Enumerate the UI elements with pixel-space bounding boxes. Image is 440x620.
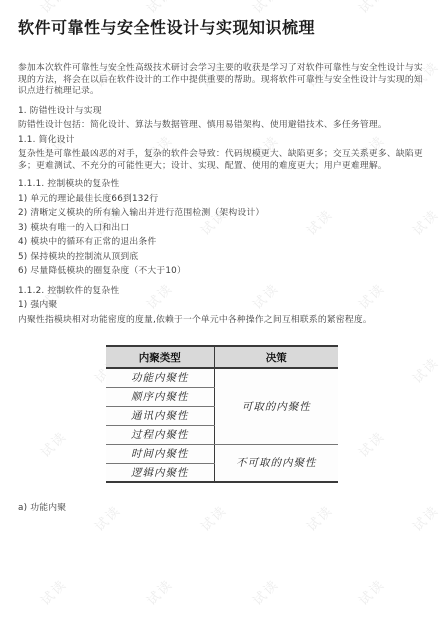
trial-read-watermark: 试读 bbox=[354, 0, 389, 17]
paragraph-functional-cohesion: a) 功能内聚 bbox=[18, 503, 425, 515]
trial-read-watermark: 试读 bbox=[36, 574, 71, 609]
paragraph-error-prevention-scope: 防错性设计包括：简化设计、算法与数据管理、慎用易错架构、使用避错技术、多任务管理… bbox=[18, 120, 425, 132]
module-rule-item: 2) 清晰定义模块的所有输入输出并进行范围检测（架构设计） bbox=[18, 208, 425, 220]
heading-simplified-design: 1.1. 简化设计 bbox=[18, 135, 425, 147]
cohesion-type-cell: 顺序内聚性 bbox=[106, 387, 215, 406]
heading-error-prevention: 1. 防错性设计与实现 bbox=[18, 106, 425, 118]
trial-read-watermark: 试读 bbox=[142, 0, 177, 17]
table-header-row: 内聚类型 决策 bbox=[106, 346, 338, 368]
trial-read-watermark: 试读 bbox=[36, 0, 71, 17]
heading-software-complexity: 1.1.2. 控制软件的复杂性 bbox=[18, 286, 425, 298]
cohesion-type-cell: 功能内聚性 bbox=[106, 368, 215, 387]
module-rule-item: 3) 模块有唯一的入口和出口 bbox=[18, 223, 425, 235]
trial-read-watermark: 试读 bbox=[248, 0, 283, 17]
table-header-cohesion-type: 内聚类型 bbox=[106, 346, 215, 368]
trial-read-watermark: 试读 bbox=[142, 574, 177, 609]
module-rules-list: 1) 单元的理论最佳长度66到132行2) 清晰定义模块的所有输入输出并进行范围… bbox=[18, 194, 425, 278]
module-rule-item: 6) 尽量降低模块的圈复杂度（不大于10） bbox=[18, 266, 425, 278]
trial-read-watermark: 试读 bbox=[248, 574, 283, 609]
heading-module-complexity: 1.1.1. 控制模块的复杂性 bbox=[18, 179, 425, 191]
trial-read-watermark: 试读 bbox=[354, 574, 389, 609]
table-row: 功能内聚性可取的内聚性 bbox=[106, 368, 338, 387]
decision-cell: 可取的内聚性 bbox=[215, 368, 338, 444]
module-rule-item: 4) 模块中的循环有正常的退出条件 bbox=[18, 237, 425, 249]
document-page: 软件可靠性与安全性设计与实现知识梳理 参加本次软件可靠性与安全性高级技术研讨会学… bbox=[0, 18, 440, 515]
cohesion-type-cell: 时间内聚性 bbox=[106, 444, 215, 463]
module-rule-item: 5) 保持模块的控制流从顶到底 bbox=[18, 252, 425, 264]
cohesion-table: 内聚类型 决策 功能内聚性可取的内聚性顺序内聚性通讯内聚性过程内聚性时间内聚性不… bbox=[106, 345, 338, 483]
paragraph-strong-cohesion: 1) 强内聚 bbox=[18, 300, 425, 312]
table-header-decision: 决策 bbox=[215, 346, 338, 368]
intro-paragraph: 参加本次软件可靠性与安全性高级技术研讨会学习主要的收获是学习了对软件可靠性与安全… bbox=[18, 63, 425, 98]
cohesion-type-cell: 逻辑内聚性 bbox=[106, 463, 215, 482]
paragraph-cohesion-definition: 内聚性指模块相对功能密度的度量,依赖于一个单元中各种操作之间互相联系的紧密程度。 bbox=[18, 315, 425, 327]
decision-cell: 不可取的内聚性 bbox=[215, 444, 338, 482]
module-rule-item: 1) 单元的理论最佳长度66到132行 bbox=[18, 194, 425, 206]
paragraph-complexity: 复杂性是可靠性最凶恶的对手，复杂的软件会导致：代码规模更大、缺陷更多；交互关系更… bbox=[18, 149, 425, 172]
cohesion-type-cell: 通讯内聚性 bbox=[106, 406, 215, 425]
page-title: 软件可靠性与安全性设计与实现知识梳理 bbox=[18, 18, 425, 38]
cohesion-type-cell: 过程内聚性 bbox=[106, 425, 215, 444]
table-row: 时间内聚性不可取的内聚性 bbox=[106, 444, 338, 463]
